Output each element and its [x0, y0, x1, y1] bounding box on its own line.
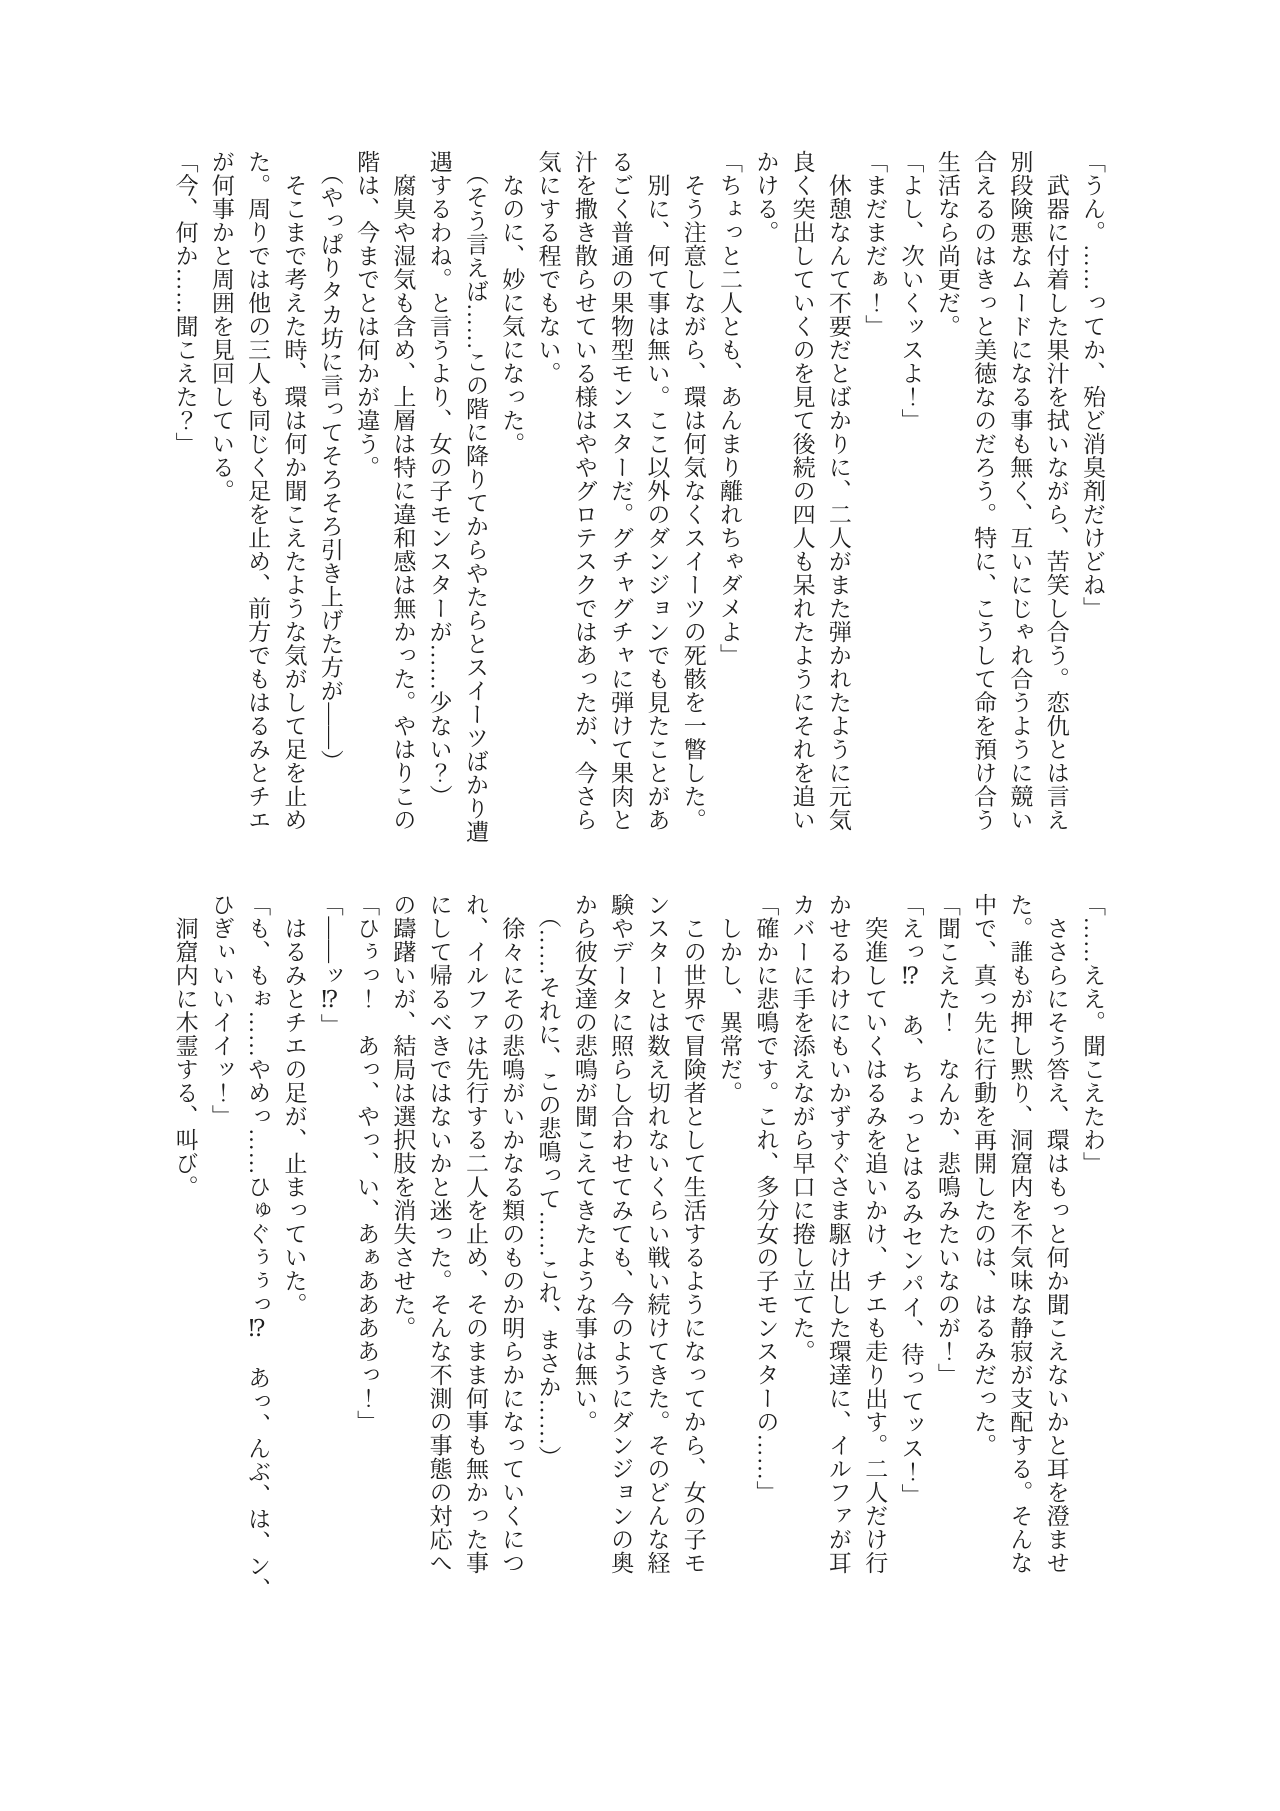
text-line: 腐臭や湿気も含め、上層は特に違和感は無かった。やはりこの [384, 150, 420, 862]
text-line: 「まだまだぁ！」 [856, 150, 892, 862]
text-line: 汁を撒き散らせている様はややグロテスクではあったが、今さら [566, 150, 602, 862]
text-line: かける。 [747, 150, 783, 862]
text-line: にして帰るべきではないかと迷った。そんな不測の事態の対応へ [420, 893, 456, 1605]
text-line: るごく普通の果物型モンスターだ。グチャグチャに弾けて果肉と [602, 150, 638, 862]
text-line: 洞窟内に木霊する、叫び。 [166, 893, 202, 1605]
text-line: ひぎぃいいイイッ！」 [203, 893, 239, 1605]
text-line: 「えっ⁉ あ、ちょっとはるみセンパイ、待ってッス！」 [892, 893, 928, 1605]
text-line: 武器に付着した果汁を拭いながら、苦笑し合う。恋仇とは言え [1037, 150, 1073, 862]
text-line: （そう言えば……この階に降りてからやたらとスイーツばかり遭 [457, 150, 493, 862]
text-line: はるみとチエの足が、止まっていた。 [275, 893, 311, 1605]
novel-page: 「うん。……ってか、殆ど消臭剤だけどね」 武器に付着した果汁を拭いながら、苦笑し… [0, 0, 1280, 1811]
text-line: 休憩なんて不要だとばかりに、二人がまた弾かれたように元気 [820, 150, 856, 862]
text-line: れ、イルファは先行する二人を止め、そのまま何事も無かった事 [457, 893, 493, 1605]
text-line: 「今、何か……聞こえた？」 [166, 150, 202, 862]
text-line: の躊躇いが、結局は選択肢を消失させた。 [384, 893, 420, 1605]
text-line: 良く突出していくのを見て後続の四人も呆れたようにそれを追い [783, 150, 819, 862]
text-line: 合えるのはきっと美徳なのだろう。特に、こうして命を預け合う [965, 150, 1001, 862]
text-line: 突進していくはるみを追いかけ、チエも走り出す。二人だけ行 [856, 893, 892, 1605]
text-line: 「――ッ⁉」 [311, 893, 347, 1605]
text-line: 験やデータに照らし合わせてみても、今のようにダンジョンの奥 [602, 893, 638, 1605]
text-line: が何事かと周囲を見回している。 [203, 150, 239, 862]
text-line: そこまで考えた時、環は何か聞こえたような気がして足を止め [275, 150, 311, 862]
text-line: 別に、何て事は無い。ここ以外のダンジョンでも見たことがあ [638, 150, 674, 862]
text-line: 気にする程でもない。 [529, 150, 565, 862]
text-line: かせるわけにもいかずすぐさま駆け出した環達に、イルファが耳 [820, 893, 856, 1605]
text-line: 階は、今までとは何かが違う。 [348, 150, 384, 862]
text-line: 「ひぅっ！ あっ、やっ、い、あぁああああっ！」 [348, 893, 384, 1605]
text-line: ささらにそう答え、環はもっと何か聞こえないかと耳を澄ませ [1037, 893, 1073, 1605]
text-line: から彼女達の悲鳴が聞こえてきたような事は無い。 [566, 893, 602, 1605]
text-line: 「確かに悲鳴です。これ、多分女の子モンスターの……」 [747, 893, 783, 1605]
text-line: 別段険悪なムードになる事も無く、互いにじゃれ合うように競い [1001, 150, 1037, 862]
text-line: た。誰もが押し黙り、洞窟内を不気味な静寂が支配する。そんな [1001, 893, 1037, 1605]
text-line: 「聞こえた！ なんか、悲鳴みたいなのが！」 [929, 893, 965, 1605]
text-line: （……それに、この悲鳴って……これ、まさか……） [529, 893, 565, 1605]
text-line: なのに、妙に気になった。 [493, 150, 529, 862]
text-line: ンスターとは数え切れないくらい戦い続けてきた。そのどんな経 [638, 893, 674, 1605]
text-line: そう注意しながら、環は何気なくスイーツの死骸を一瞥した。 [674, 150, 710, 862]
text-line: た。周りでは他の三人も同じく足を止め、前方でもはるみとチエ [239, 150, 275, 862]
text-line: しかし、異常だ。 [711, 893, 747, 1605]
text-line: この世界で冒険者として生活するようになってから、女の子モ [674, 893, 710, 1605]
text-line: 遇するわね。と言うより、女の子モンスターが……少ない？） [420, 150, 456, 862]
text-line: 「ちょっと二人とも、あんまり離れちゃダメよ」 [711, 150, 747, 862]
text-line: 中で、真っ先に行動を再開したのは、はるみだった。 [965, 893, 1001, 1605]
text-line: カバーに手を添えながら早口に捲し立てた。 [783, 893, 819, 1605]
text-line: 生活なら尚更だ。 [929, 150, 965, 862]
text-line: 「も、もぉ……やめっ……ひゅぐぅぅっ⁉ あっ、んぶ、は、ン、 [239, 893, 275, 1605]
upper-text-block: 「うん。……ってか、殆ど消臭剤だけどね」 武器に付着した果汁を拭いながら、苦笑し… [166, 150, 1110, 862]
text-line: 「うん。……ってか、殆ど消臭剤だけどね」 [1074, 150, 1110, 862]
lower-text-block: 「……ええ。聞こえたわ」 ささらにそう答え、環はもっと何か聞こえないかと耳を澄ま… [166, 893, 1110, 1605]
text-line: 「……ええ。聞こえたわ」 [1074, 893, 1110, 1605]
text-line: （やっぱりタカ坊に言ってそろそろ引き上げた方が――） [311, 150, 347, 862]
text-line: 徐々にその悲鳴がいかなる類のものか明らかになっていくにつ [493, 893, 529, 1605]
text-line: 「よし、次いくッスよ！」 [892, 150, 928, 862]
